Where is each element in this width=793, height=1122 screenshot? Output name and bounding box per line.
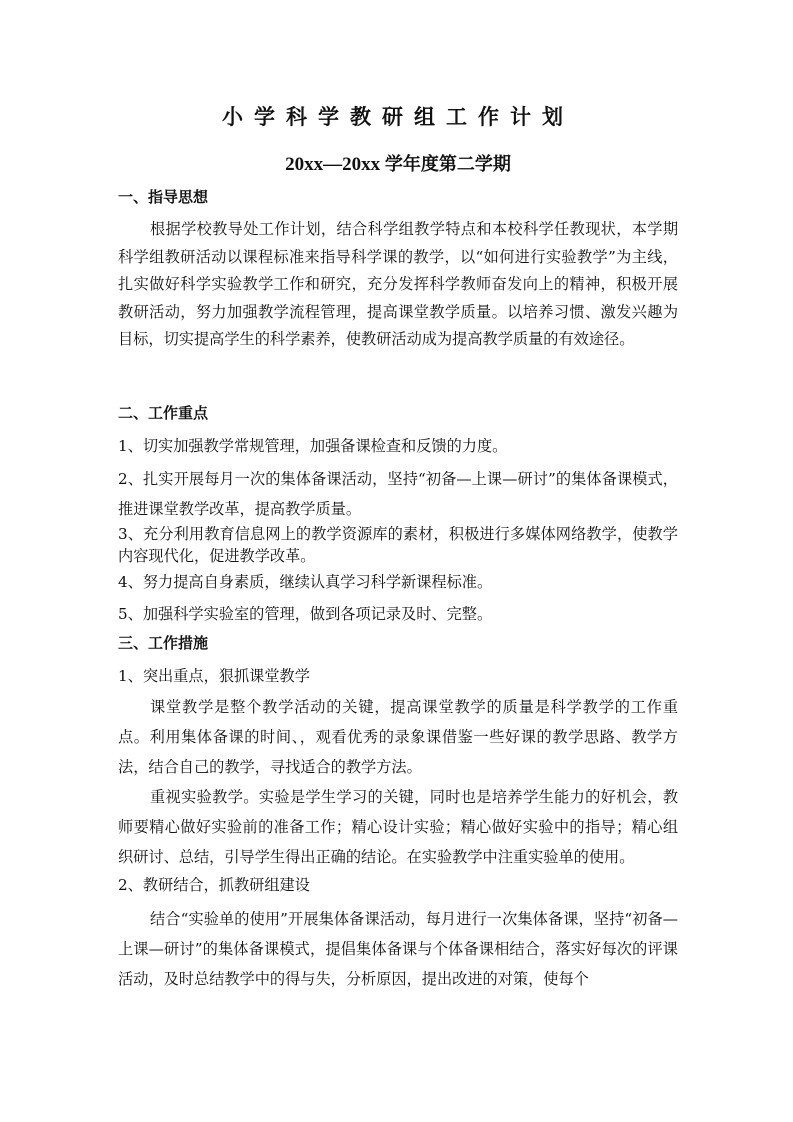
list-item-focus-2: 2、扎实开展每月一次的集体备课活动，坚持“初备—上课—研讨”的集体备课模式，推进… xyxy=(118,464,678,524)
paragraph-experiment-teaching: 重视实验教学。实验是学生学习的关键，同时也是培养学生能力的好机会，教师要精心做好… xyxy=(118,782,678,872)
list-item-focus-5: 5、加强科学实验室的管理，做到各项记录及时、完整。 xyxy=(118,601,678,628)
list-item-focus-3: 3、充分利用教育信息网上的教学资源库的素材，积极进行多媒体网络教学，使教学内容现… xyxy=(118,523,678,567)
subsection-title-classroom-teaching: 1、突出重点，狠抓课堂教学 xyxy=(118,663,678,690)
section-heading-work-focus: 二、工作重点 xyxy=(118,402,208,423)
section-heading-measures: 三、工作措施 xyxy=(118,632,208,653)
paragraph-guiding-ideology: 根据学校教导处工作计划，结合科学组教学特点和本校科学任教现状，本学期科学组教研活… xyxy=(118,216,678,354)
document-subtitle: 20xx—20xx 学年度第二学期 xyxy=(118,150,678,176)
paragraph-classroom-teaching: 课堂教学是整个教学活动的关键，提高课堂教学的质量是科学教学的工作重点。利用集体备… xyxy=(118,692,678,782)
list-item-focus-4: 4、努力提高自身素质，继续认真学习科学新课程标准。 xyxy=(118,569,678,596)
subtitle-year: 20xx—20xx xyxy=(285,154,380,175)
paragraph-research-group: 结合“实验单的使用”开展集体备课活动，每月进行一次集体备课，坚持“初备—上课—研… xyxy=(118,904,678,994)
document-title: 小学科学教研组工作计划 xyxy=(118,101,678,131)
section-heading-guiding-ideology: 一、指导思想 xyxy=(118,186,208,207)
subtitle-term: 学年度第二学期 xyxy=(385,154,511,175)
subsection-title-research-group: 2、教研结合，抓教研组建设 xyxy=(118,872,678,899)
list-item-focus-1: 1、切实加强教学常规管理，加强备课检查和反馈的力度。 xyxy=(118,433,678,460)
